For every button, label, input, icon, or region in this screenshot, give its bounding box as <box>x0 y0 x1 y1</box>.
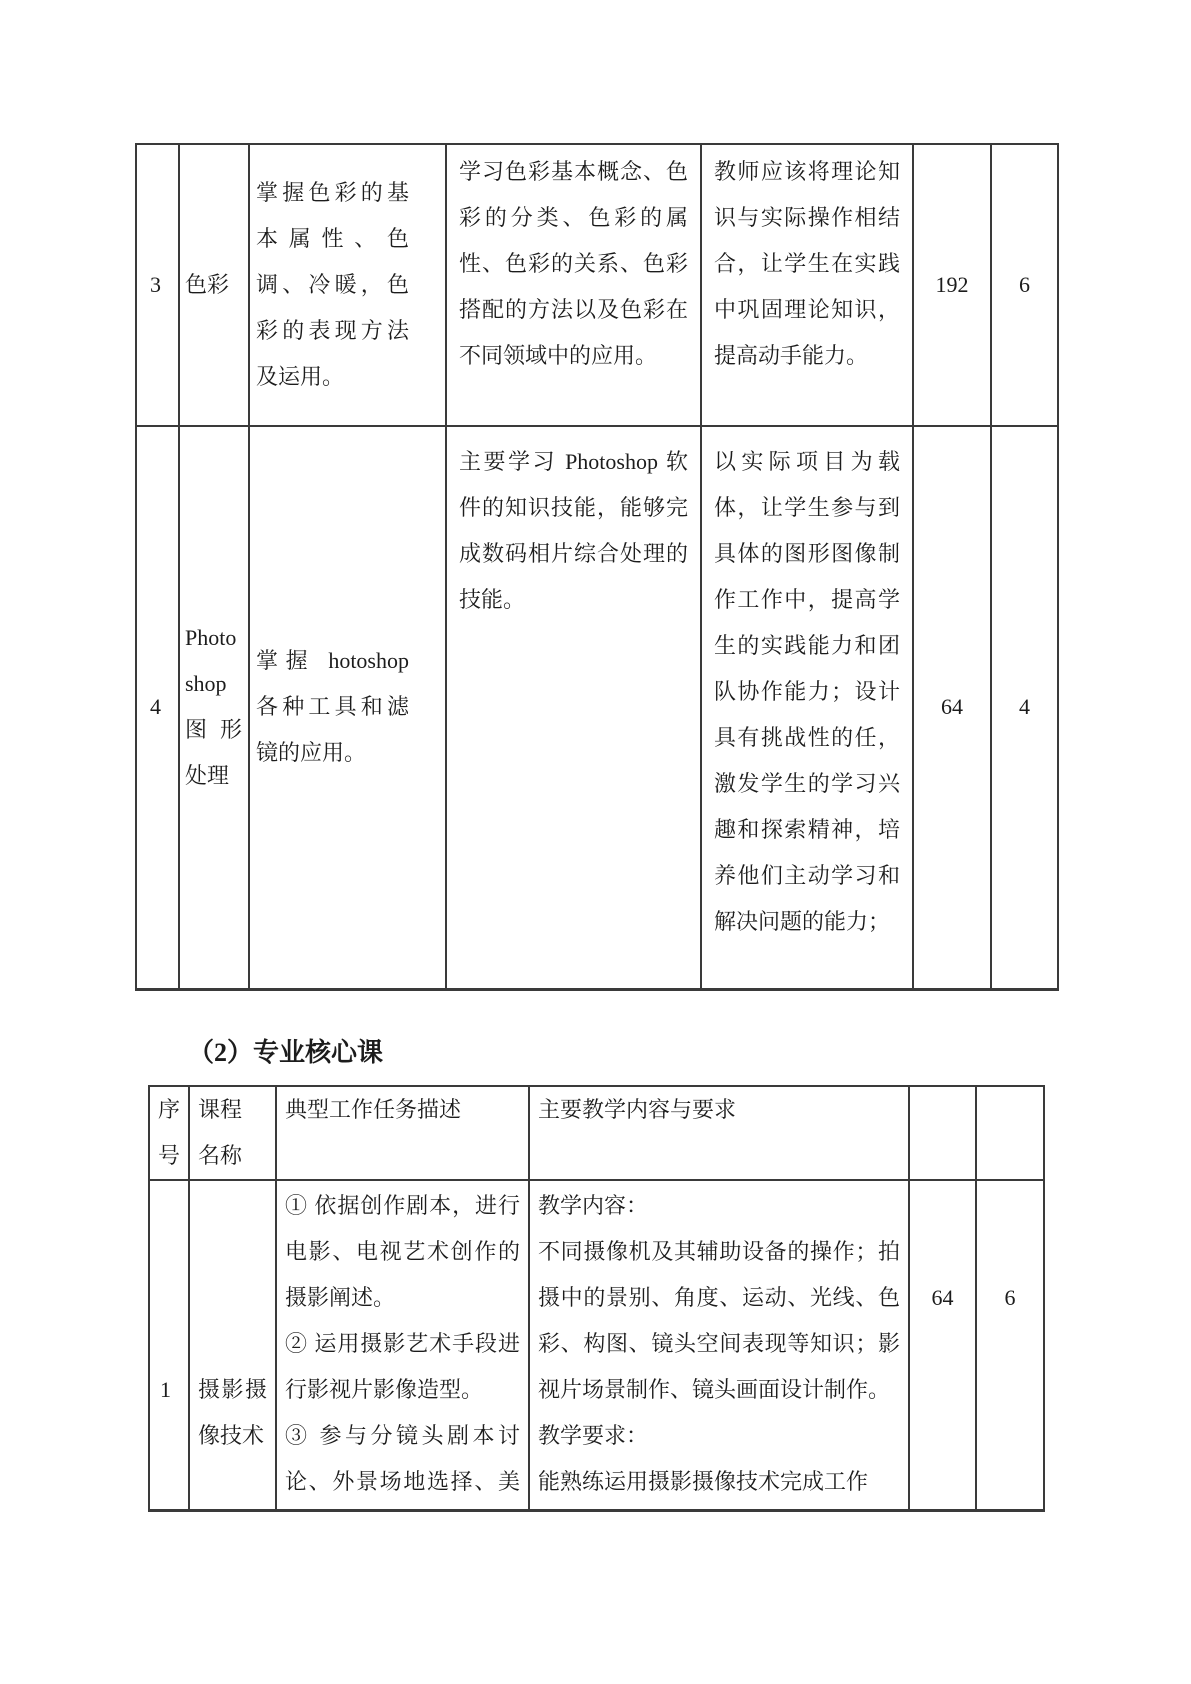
credits-cell: 6 <box>991 144 1058 426</box>
content-body: 不同摄像机及其辅助设备的操作；拍摄中的景别、角度、运动、光线、色彩、构图、镜头空… <box>538 1229 900 1413</box>
requirement-body: 能熟练运用摄影摄像技术完成工作 <box>538 1459 900 1505</box>
header-hours <box>909 1086 976 1180</box>
course-objective-text: 掌握 hotoshop 各种工具和滤镜的应用。 <box>250 638 445 776</box>
course-name-cell: 色彩 <box>179 144 249 426</box>
teaching-suggestion-text: 教师应该将理论知识与实际操作相结合，让学生在实践中巩固理论知识，提高动手能力。 <box>702 145 912 423</box>
credits-text: 6 <box>977 1181 1043 1507</box>
task-item-2: ② 运用摄影艺术手段进行影视片影像造型。 <box>285 1321 520 1413</box>
teaching-content-cell: 学习色彩基本概念、色彩的分类、色彩的属性、色彩的关系、色彩搭配的方法以及色彩在不… <box>446 144 701 426</box>
teaching-suggestion-cell: 教师应该将理论知识与实际操作相结合，让学生在实践中巩固理论知识，提高动手能力。 <box>701 144 913 426</box>
teaching-content-cell: 主要学习 Photoshop 软件的知识技能，能够完成数码相片综合处理的技能。 <box>446 426 701 989</box>
hours-cell: 192 <box>913 144 991 426</box>
header-task-description: 典型工作任务描述 <box>276 1086 529 1180</box>
task-item-1: ① 依据创作剧本，进行电影、电视艺术创作的摄影阐述。 <box>285 1183 520 1321</box>
teaching-suggestion-text: 以实际项目为载体，让学生参与到具体的图形图像制作工作中，提高学生的实践能力和团队… <box>702 427 912 987</box>
row-number-cell: 4 <box>136 426 179 989</box>
core-course-table: 序号 课程名称 典型工作任务描述 主要教学内容与要求 1 摄影摄像技术 ① 依据… <box>148 1085 1045 1512</box>
table-row-course-3: 3 色彩 掌握色彩的基本属性、色调、冷暖，色彩的表现方法及运用。 学习色彩基本概… <box>136 144 1058 426</box>
header-teaching-content: 主要教学内容与要求 <box>529 1086 909 1180</box>
credits-cell: 4 <box>991 426 1058 989</box>
table-row-course-4: 4 Photoshop 图形处理 掌握 hotoshop 各种工具和滤镜的应用。… <box>136 426 1058 989</box>
content-label: 教学内容： <box>538 1183 900 1229</box>
hours-cell: 64 <box>913 426 991 989</box>
header-course-name: 课程名称 <box>189 1086 276 1180</box>
section-heading: （2）专业核心课 <box>188 1036 383 1070</box>
credits-cell: 6 <box>976 1180 1044 1511</box>
hours-text: 64 <box>910 1181 975 1507</box>
hours-cell: 64 <box>909 1180 976 1511</box>
header-seq: 序号 <box>149 1086 189 1180</box>
task-description-text: ① 依据创作剧本，进行电影、电视艺术创作的摄影阐述。 ② 运用摄影艺术手段进行影… <box>277 1181 528 1507</box>
course-name-cell: Photoshop 图形处理 <box>179 426 249 989</box>
header-row: 序号 课程名称 典型工作任务描述 主要教学内容与要求 <box>149 1086 1044 1180</box>
course-objective-text: 掌握色彩的基本属性、色调、冷暖，色彩的表现方法及运用。 <box>250 170 445 400</box>
row-number-cell: 3 <box>136 144 179 426</box>
requirement-label: 教学要求： <box>538 1413 900 1459</box>
header-credits <box>976 1086 1044 1180</box>
task-description-cell: ① 依据创作剧本，进行电影、电视艺术创作的摄影阐述。 ② 运用摄影艺术手段进行影… <box>276 1180 529 1511</box>
course-objective-cell: 掌握 hotoshop 各种工具和滤镜的应用。 <box>249 426 446 989</box>
teaching-content-text: 教学内容： 不同摄像机及其辅助设备的操作；拍摄中的景别、角度、运动、光线、色彩、… <box>530 1181 908 1507</box>
teaching-content-text: 学习色彩基本概念、色彩的分类、色彩的属性、色彩的关系、色彩搭配的方法以及色彩在不… <box>447 145 700 423</box>
table-row-course-1: 1 摄影摄像技术 ① 依据创作剧本，进行电影、电视艺术创作的摄影阐述。 ② 运用… <box>149 1180 1044 1511</box>
course-objective-cell: 掌握色彩的基本属性、色调、冷暖，色彩的表现方法及运用。 <box>249 144 446 426</box>
teaching-content-text: 主要学习 Photoshop 软件的知识技能，能够完成数码相片综合处理的技能。 <box>447 427 700 987</box>
teaching-content-cell: 教学内容： 不同摄像机及其辅助设备的操作；拍摄中的景别、角度、运动、光线、色彩、… <box>529 1180 909 1511</box>
document-page: 3 色彩 掌握色彩的基本属性、色调、冷暖，色彩的表现方法及运用。 学习色彩基本概… <box>0 0 1191 1684</box>
task-item-3: ③ 参与分镜头剧本讨论、外景场地选择、美术 <box>285 1413 520 1507</box>
course-name-text: 摄影摄像技术 <box>190 1181 275 1509</box>
row-number-text: 1 <box>150 1181 188 1509</box>
course-name-cell: 摄影摄像技术 <box>189 1180 276 1511</box>
teaching-suggestion-cell: 以实际项目为载体，让学生参与到具体的图形图像制作工作中，提高学生的实践能力和团队… <box>701 426 913 989</box>
basic-course-table: 3 色彩 掌握色彩的基本属性、色调、冷暖，色彩的表现方法及运用。 学习色彩基本概… <box>135 143 1059 991</box>
row-number-cell: 1 <box>149 1180 189 1511</box>
